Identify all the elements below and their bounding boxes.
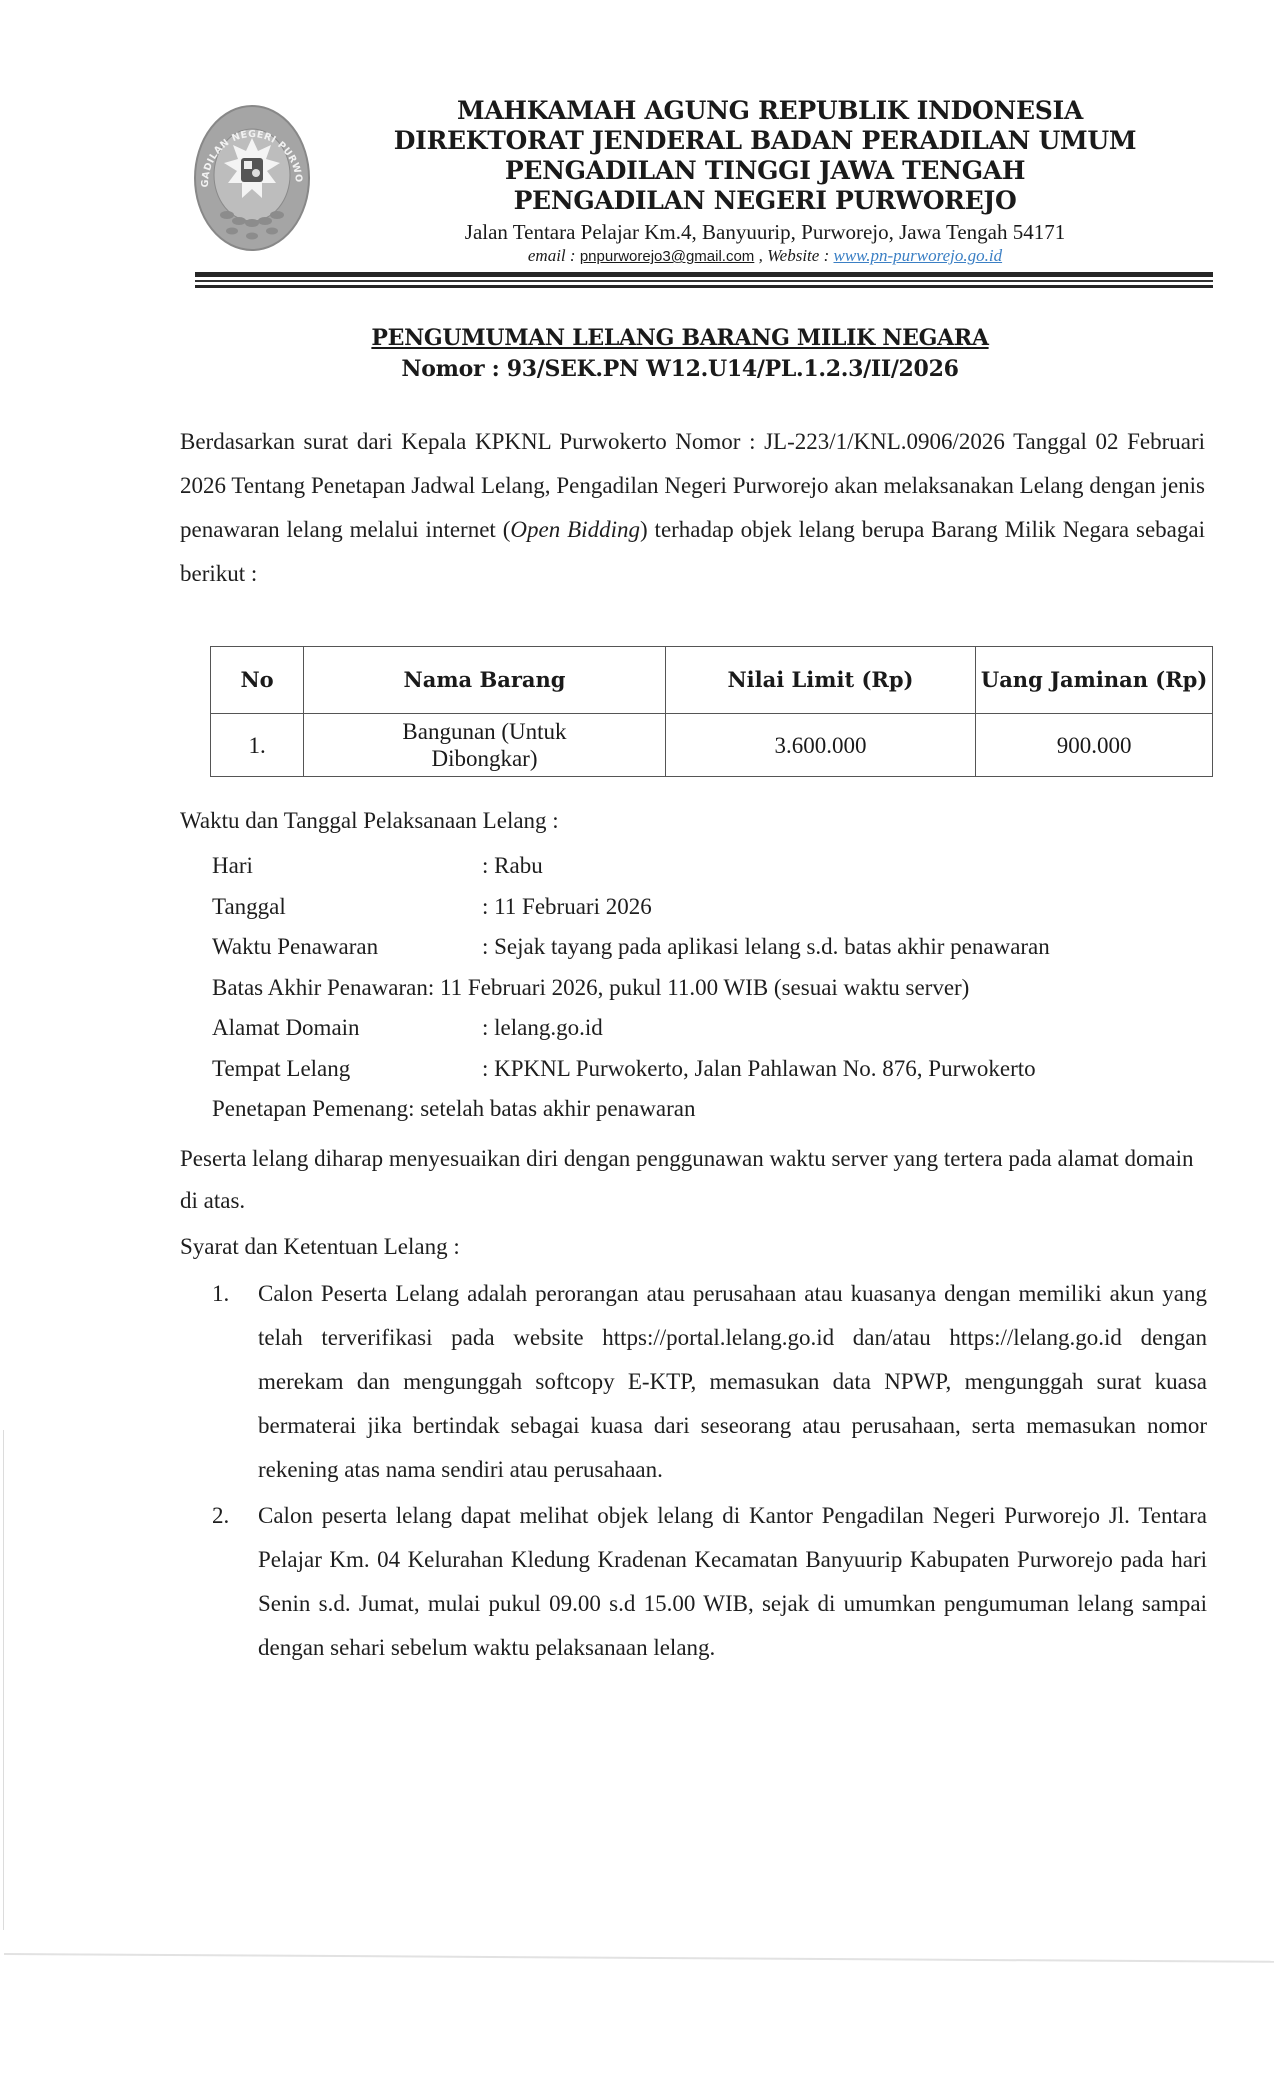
- terms-list: 1. Calon Peserta Lelang adalah peroranga…: [212, 1272, 1207, 1672]
- term-item: 1. Calon Peserta Lelang adalah peroranga…: [212, 1272, 1207, 1492]
- letterhead-divider: [195, 272, 1213, 288]
- term-text: Calon Peserta Lelang adalah perorangan a…: [258, 1272, 1207, 1492]
- term-number: 2.: [212, 1494, 258, 1670]
- col-header-deposit: Uang Jaminan (Rp): [976, 647, 1213, 714]
- announcement-title-block: PENGUMUMAN LELANG BARANG MILIK NEGARA No…: [320, 324, 1040, 384]
- announcement-title: PENGUMUMAN LELANG BARANG MILIK NEGARA: [320, 324, 1040, 352]
- scan-edge-bottom: [4, 1953, 1274, 1963]
- letterhead-contact: email : pnpurworejo3@gmail.com , Website…: [340, 246, 1190, 267]
- schedule-row-bid-time: Waktu Penawaran: Sejak tayang pada aplik…: [212, 927, 1212, 968]
- schedule-row-domain: Alamat Domain: lelang.go.id: [212, 1008, 1212, 1049]
- letterhead: MAHKAMAH AGUNG REPUBLIK INDONESIA DIREKT…: [340, 96, 1190, 267]
- email-link[interactable]: pnpurworejo3@gmail.com: [580, 248, 754, 265]
- schedule-heading: Waktu dan Tanggal Pelaksanaan Lelang :: [180, 808, 559, 834]
- website-label: , Website :: [754, 246, 833, 265]
- scan-edge-left: [3, 1430, 4, 1930]
- table-header-row: No Nama Barang Nilai Limit (Rp) Uang Jam…: [211, 647, 1213, 714]
- server-time-note: Peserta lelang diharap menyesuaikan diri…: [180, 1138, 1205, 1222]
- schedule-row-winner: Penetapan Pemenang : setelah batas akhir…: [212, 1089, 1212, 1130]
- letterhead-district-court: PENGADILAN NEGERI PURWOREJO: [340, 186, 1190, 216]
- auction-items-table: No Nama Barang Nilai Limit (Rp) Uang Jam…: [210, 646, 1213, 777]
- table-row: 1. Bangunan (Untuk Dibongkar) 3.600.000 …: [211, 714, 1213, 777]
- cell-limit-value: 3.600.000: [665, 714, 975, 777]
- term-text: Calon peserta lelang dapat melihat objek…: [258, 1494, 1207, 1670]
- cell-no: 1.: [211, 714, 304, 777]
- intro-paragraph: Berdasarkan surat dari Kepala KPKNL Purw…: [180, 420, 1205, 596]
- court-emblem-logo: PENGADILAN NEGERI PURWOREJO: [192, 103, 312, 253]
- schedule-row-day: Hari: Rabu: [212, 846, 1212, 887]
- email-label: email :: [528, 246, 580, 265]
- term-number: 1.: [212, 1272, 258, 1492]
- announcement-number: Nomor : 93/SEK.PN W12.U14/PL.1.2.3/II/20…: [320, 354, 1040, 384]
- intro-italic: Open Bidding: [510, 517, 640, 542]
- letterhead-address: Jalan Tentara Pelajar Km.4, Banyuurip, P…: [340, 218, 1190, 246]
- schedule-row-venue: Tempat Lelang: KPKNL Purwokerto, Jalan P…: [212, 1049, 1212, 1090]
- letterhead-directorate: DIREKTORAT JENDERAL BADAN PERADILAN UMUM: [340, 126, 1190, 156]
- letterhead-institution: MAHKAMAH AGUNG REPUBLIK INDONESIA: [340, 96, 1190, 126]
- col-header-item-name: Nama Barang: [304, 647, 666, 714]
- cell-item-name: Bangunan (Untuk Dibongkar): [304, 714, 666, 777]
- term-item: 2. Calon peserta lelang dapat melihat ob…: [212, 1494, 1207, 1670]
- col-header-limit-value: Nilai Limit (Rp): [665, 647, 975, 714]
- website-link[interactable]: www.pn-purworejo.go.id: [833, 246, 1002, 265]
- terms-heading: Syarat dan Ketentuan Lelang :: [180, 1226, 460, 1268]
- cell-deposit: 900.000: [976, 714, 1213, 777]
- letterhead-high-court: PENGADILAN TINGGI JAWA TENGAH: [340, 156, 1190, 186]
- schedule-row-date: Tanggal: 11 Februari 2026: [212, 887, 1212, 928]
- schedule-list: Hari: Rabu Tanggal: 11 Februari 2026 Wak…: [212, 846, 1212, 1130]
- schedule-row-deadline: Batas Akhir Penawaran : 11 Februari 2026…: [212, 968, 1212, 1009]
- col-header-no: No: [211, 647, 304, 714]
